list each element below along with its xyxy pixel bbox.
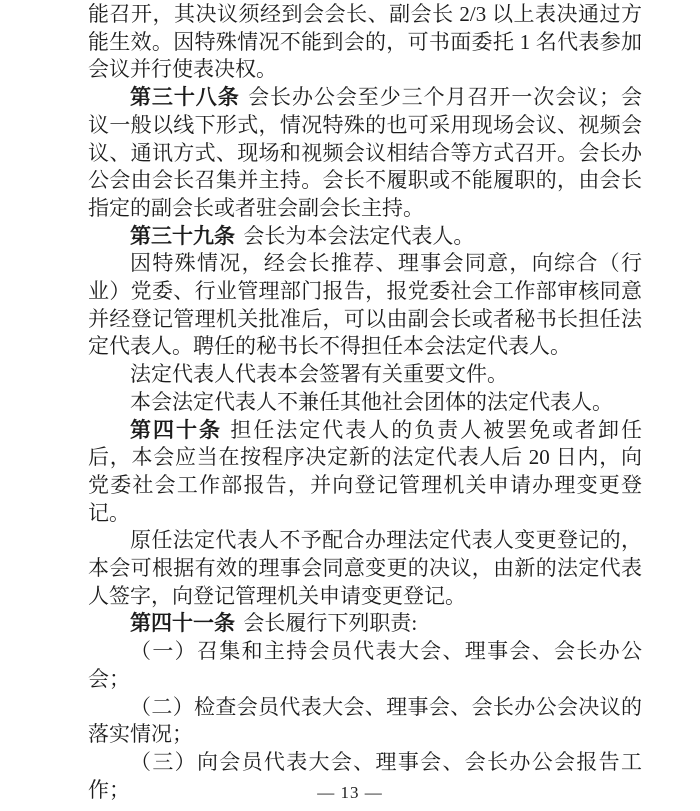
page-number: — 13 — [0, 783, 700, 803]
paragraph-text: （二）检查会员代表大会、理事会、会长办公会决议的落实情况； [88, 695, 642, 747]
paragraph-text: 会长为本会法定代表人。 [243, 224, 474, 248]
paragraph-text: 本会法定代表人不兼任其他社会团体的法定代表人。 [130, 390, 613, 414]
list-item-2: （二）检查会员代表大会、理事会、会长办公会决议的落实情况； [88, 694, 642, 749]
paragraph-text: 法定代表人代表本会签署有关重要文件。 [130, 362, 508, 386]
paragraph: 法定代表人代表本会签署有关重要文件。 [88, 361, 642, 389]
paragraph-article-39: 第三十九条会长为本会法定代表人。 [88, 223, 642, 251]
paragraph-text: 因特殊情况，经会长推荐、理事会同意，向综合（行业）党委、行业管理部门报告，报党委… [88, 251, 642, 358]
paragraph: 能召开，其决议须经到会会长、副会长 2/3 以上表决通过方能生效。因特殊情况不能… [88, 1, 642, 84]
list-item-1: （一）召集和主持会员代表大会、理事会、会长办公会； [88, 638, 642, 693]
paragraph-text: 原任法定代表人不予配合办理法定代表人变更登记的，本会可根据有效的理事会同意变更的… [88, 528, 642, 607]
article-number: 第四十条 [130, 418, 222, 442]
article-number: 第三十九条 [130, 224, 235, 248]
document-page: 能召开，其决议须经到会会长、副会长 2/3 以上表决通过方能生效。因特殊情况不能… [0, 0, 700, 811]
article-number: 第三十八条 [130, 85, 240, 109]
paragraph-article-40: 第四十条担任法定代表人的负责人被罢免或者卸任后，本会应当在按程序决定新的法定代表… [88, 417, 642, 528]
paragraph-article-41: 第四十一条会长履行下列职责: [88, 610, 642, 638]
paragraph: 因特殊情况，经会长推荐、理事会同意，向综合（行业）党委、行业管理部门报告，报党委… [88, 250, 642, 361]
article-number: 第四十一条 [130, 611, 235, 635]
paragraph: 原任法定代表人不予配合办理法定代表人变更登记的，本会可根据有效的理事会同意变更的… [88, 527, 642, 610]
paragraph-text: （一）召集和主持会员代表大会、理事会、会长办公会； [88, 639, 642, 691]
paragraph-article-38: 第三十八条会长办公会至少三个月召开一次会议；会议一般以线下形式，情况特殊的也可采… [88, 84, 642, 223]
paragraph-text: 会长履行下列职责: [243, 611, 417, 635]
paragraph: 本会法定代表人不兼任其他社会团体的法定代表人。 [88, 389, 642, 417]
document-body: 能召开，其决议须经到会会长、副会长 2/3 以上表决通过方能生效。因特殊情况不能… [88, 1, 642, 804]
paragraph-text: 能召开，其决议须经到会会长、副会长 2/3 以上表决通过方能生效。因特殊情况不能… [88, 2, 642, 81]
